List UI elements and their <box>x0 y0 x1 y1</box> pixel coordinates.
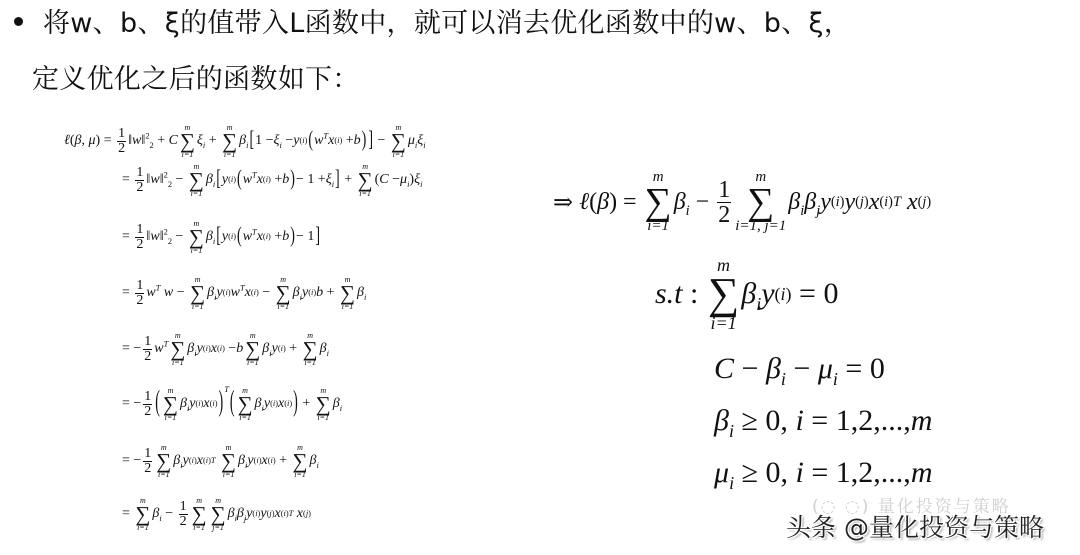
derivation-line-4: = 12 wT w − m∑i=1 βiy(i)wTx(i) − m∑i=1 β… <box>122 276 366 311</box>
derivation-line-5: = − 12 wT m∑i=1 βiy(i)x(i) − b m∑i=1 βiy… <box>122 332 329 367</box>
bullet-item: 将w、b、ξ的值带入L函数中，就可以消去优化函数中的w、b、ξ， <box>14 4 851 44</box>
constraint-3: βi ≥ 0, i = 1,2,...,m <box>714 404 932 438</box>
derivation-line-2: = 12 ‖w‖22 − m∑i=1 βi[y(i)(wTx(i) + b)− … <box>122 163 422 198</box>
derivation-line-6: = − 12 ( m∑i=1 βiy(i)x(i) )T ( m∑i=1 βiy… <box>122 387 342 422</box>
derivation-line-8: = m∑i=1 βi − 12 m∑i=1 m∑j=1 βiβjy(i)y(j)… <box>122 497 311 532</box>
watermark: 头条 @量化投资与策略 <box>786 508 1044 544</box>
constraint-4: μi ≥ 0, i = 1,2,...,m <box>714 456 932 490</box>
derivation-line-3: = 12 ‖w‖22 − m∑i=1 βi[y(i)(wTx(i) + b)− … <box>122 220 321 255</box>
bullet-text: 将w、b、ξ的值带入L函数中，就可以消去优化函数中的w、b、ξ， <box>43 8 851 39</box>
bullet-icon <box>14 17 23 26</box>
derivation-line-7: = − 12 m∑i=1 βiy(i)x(i)T m∑i=1 βiy(i)x(i… <box>122 444 319 479</box>
constraint-1: s.t : m∑i=1 βiy(i) = 0 <box>655 256 838 332</box>
heading-second-line: 定义优化之后的函数如下： <box>32 60 360 100</box>
constraint-2: C − βi − μi = 0 <box>714 352 885 386</box>
derivation-line-1: ℓ(β, μ) = 12 ‖w‖22 + C m∑i=1 ξi + m∑i=1 … <box>64 124 426 159</box>
result-objective: ⇒ ℓ(β) = m∑i=1 βi − 12 m∑i=1, j=1 βiβjy(… <box>553 170 931 234</box>
